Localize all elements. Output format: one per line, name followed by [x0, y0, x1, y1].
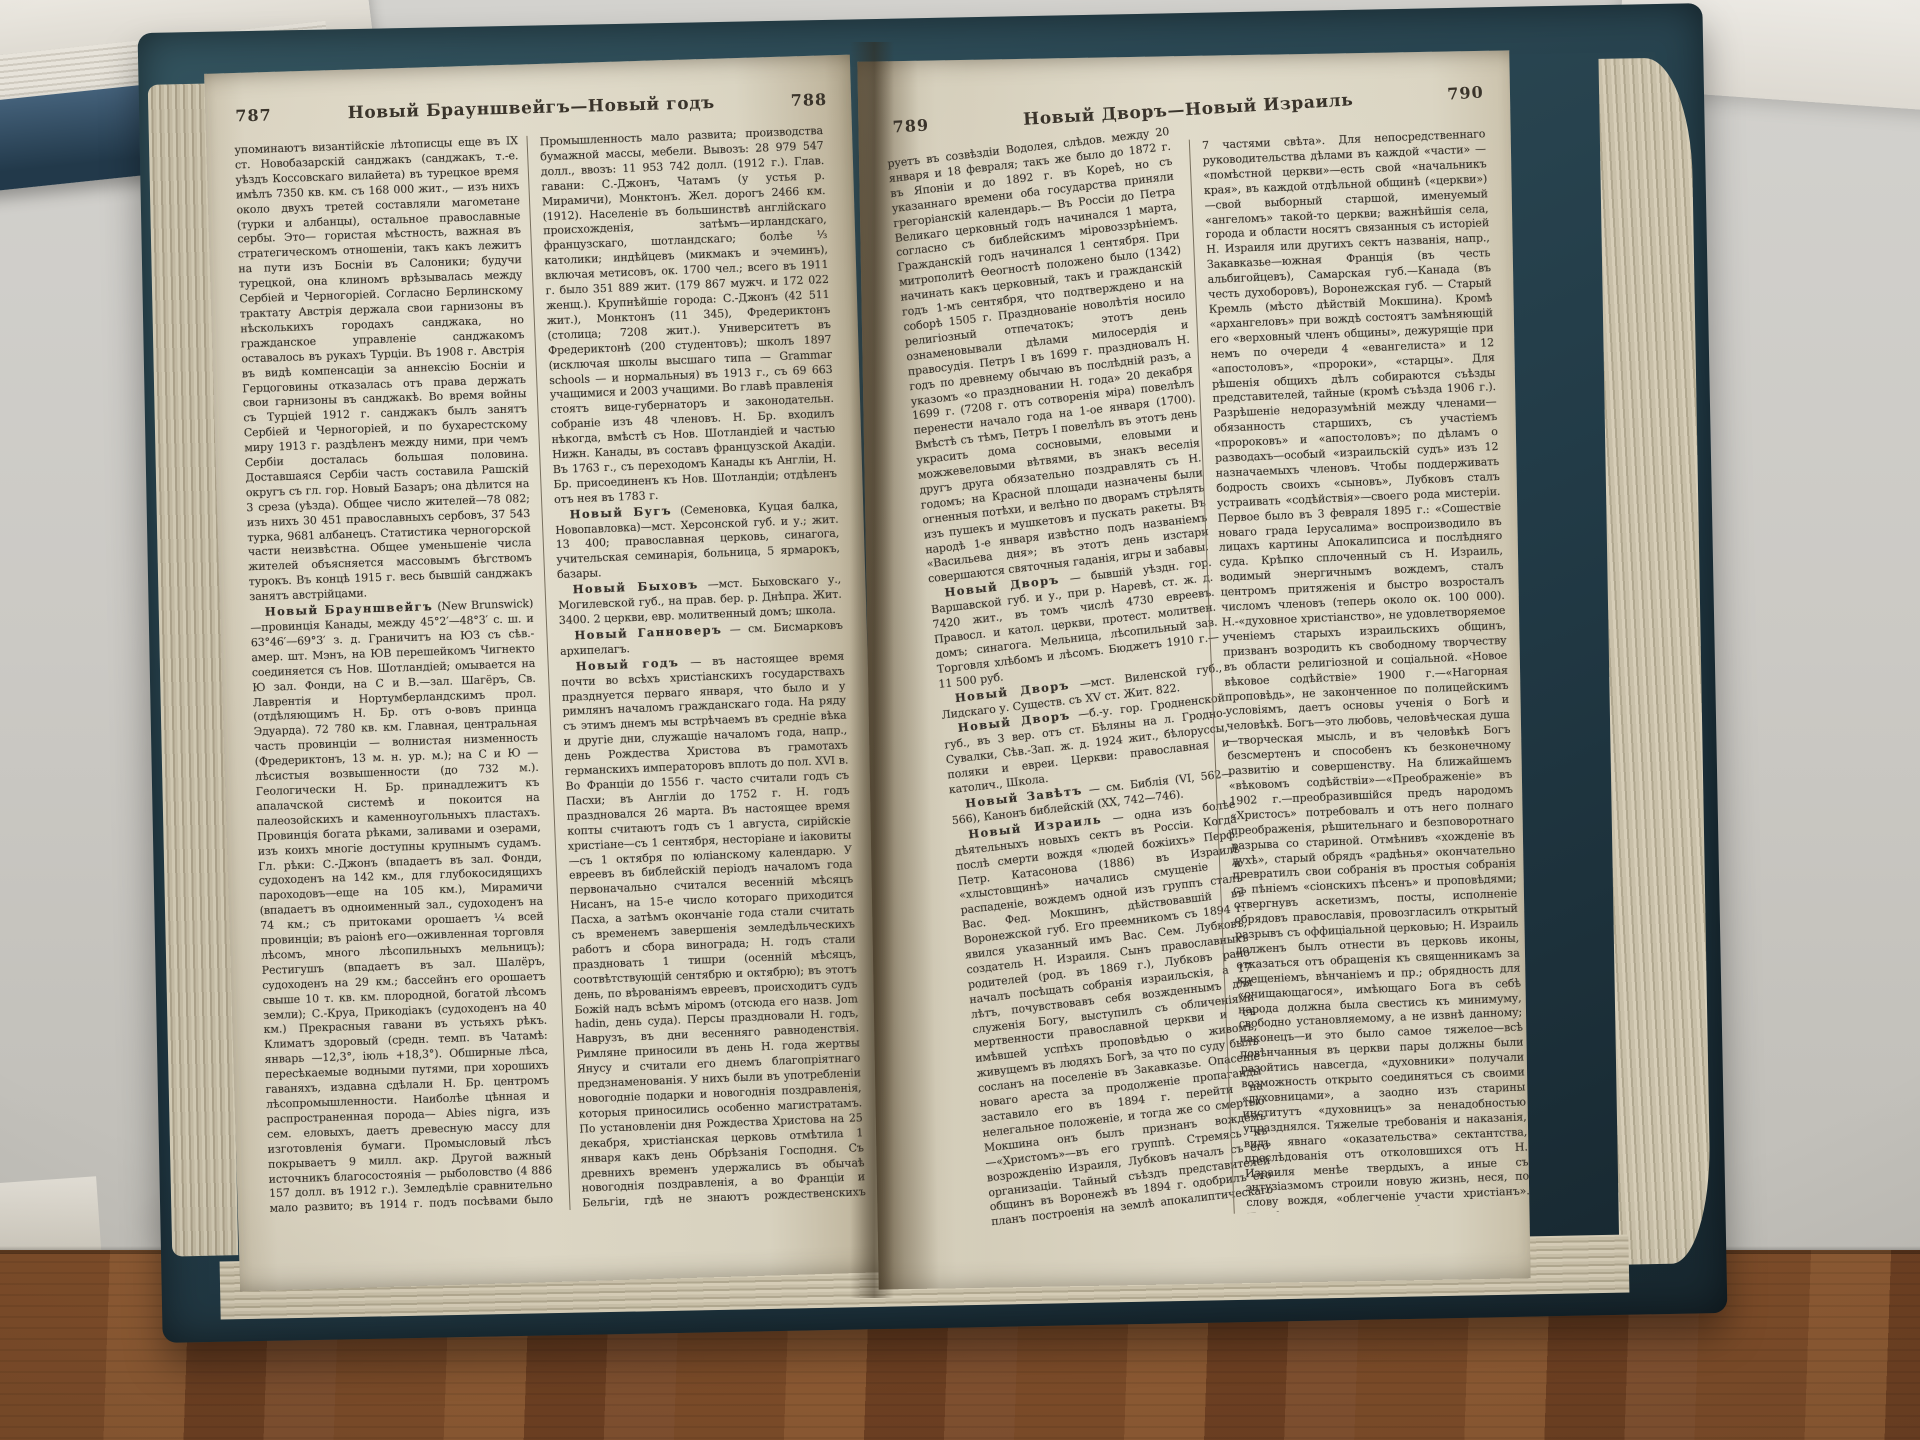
right-page-columns: руетъ въ созвѣздіи Водолея, слѣдов. межд…	[893, 131, 1504, 1216]
photo-scene: 787 Новый Брауншвейгъ—Новый годъ 788 упо…	[0, 0, 1920, 1440]
right-running-header: 789 Новый Дворъ—Новый Израиль 790	[892, 82, 1484, 137]
left-page: 787 Новый Брауншвейгъ—Новый годъ 788 упо…	[204, 55, 886, 1292]
headword: Новый Бугъ	[569, 503, 672, 521]
left-page-content: 787 Новый Брауншвейгъ—Новый годъ 788 упо…	[235, 89, 860, 1230]
left-page-columns: упоминаютъ византійскіе лѣтописцы еще въ…	[236, 125, 860, 1217]
open-encyclopedia-book: 787 Новый Брауншвейгъ—Новый годъ 788 упо…	[150, 18, 1715, 1328]
left-running-title: Новый Брауншвейгъ—Новый годъ	[271, 91, 791, 125]
column-number-787: 787	[235, 105, 272, 125]
entry-novobazarsky-sandjak-continuation: упоминаютъ византійскіе лѣтописцы еще въ…	[234, 134, 533, 605]
column-number-788: 788	[790, 90, 827, 110]
column-number-789: 789	[892, 115, 929, 136]
entry-novy-god-continuation: руетъ въ созвѣздіи Водолея, слѣдов. межд…	[887, 125, 1211, 588]
entry-novy-braunschweig: Новый Брауншвейгъ (New Brunswick)—провин…	[250, 596, 558, 1218]
right-page: 789 Новый Дворъ—Новый Израиль 790 руетъ …	[857, 50, 1530, 1289]
column-787: упоминаютъ византійскіе лѣтописцы еще въ…	[234, 134, 565, 1218]
right-running-title: Новый Дворъ—Новый Израиль	[928, 85, 1447, 136]
entry-novy-god: Новый годъ — въ настоящее время почти во…	[560, 648, 865, 1210]
entry-novy-bug: Новый Бугъ (Семеновка, Куцая балка, Ново…	[554, 496, 840, 583]
column-number-790: 790	[1447, 82, 1484, 103]
column-788: Промышленность мало развита; производств…	[526, 124, 865, 1210]
headword: Новый годъ	[575, 655, 679, 673]
column-790: 7 частями свѣта». Для непосредственнаго …	[1188, 127, 1529, 1213]
right-page-content: 789 Новый Дворъ—Новый Израиль 790 руетъ …	[892, 81, 1504, 1229]
left-running-header: 787 Новый Брауншвейгъ—Новый годъ 788	[235, 90, 827, 127]
entry-novy-izrail-continuation: 7 частями свѣта». Для непосредственнаго …	[1201, 127, 1529, 1213]
entry-novy-braunschweig-continuation: Промышленность мало развита; производств…	[539, 124, 837, 508]
